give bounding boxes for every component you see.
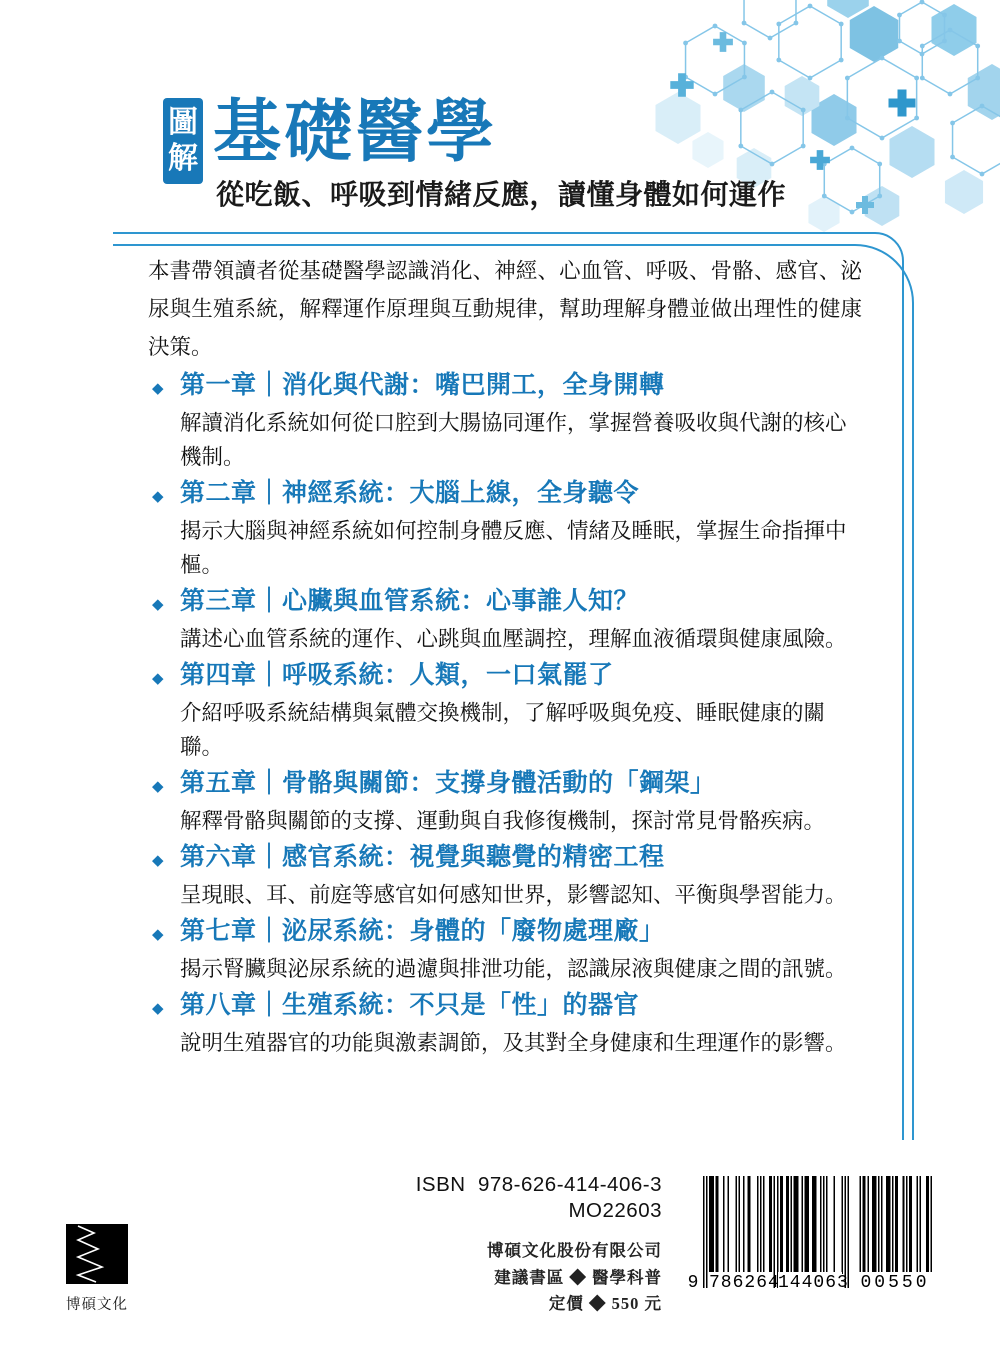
diamond-bullet-icon: ◆ [152, 925, 180, 943]
publisher-block: 博碩文化股份有限公司 建議書區 ◆ 醫學科普 定價 ◆ 550 元 [487, 1238, 662, 1318]
chapter-heading: ◆ 第八章｜生殖系統：不只是「性」的器官 [152, 990, 876, 1022]
isbn-block: ISBN 978-626-414-406-3 MO22603 [416, 1172, 662, 1224]
diamond-bullet-icon: ◆ [152, 777, 180, 795]
chapter-description: 說明生殖器官的功能與激素調節，及其對全身健康和生理運作的影響。 [180, 1026, 854, 1060]
logo-mark [66, 1224, 128, 1284]
chapter-item: ◆ 第一章｜消化與代謝：嘴巴開工，全身開轉 解讀消化系統如何從口腔到大腸協同運作… [152, 370, 876, 474]
isbn-label: ISBN [416, 1173, 466, 1196]
isbn-line: ISBN 978-626-414-406-3 [416, 1172, 662, 1198]
barcode-addon-digits: 00550 [858, 1272, 932, 1294]
diamond-bullet-icon: ◆ [152, 595, 180, 613]
barcode-left-digits: 786264 [709, 1272, 772, 1294]
chapter-title: 第四章｜呼吸系統：人類，一口氣罷了 [180, 660, 614, 692]
diamond-bullet-icon: ◆ [152, 379, 180, 397]
diamond-bullet-icon: ◆ [152, 851, 180, 869]
barcode-addon-bars [858, 1176, 932, 1274]
chapter-heading: ◆ 第六章｜感官系統：視覺與聽覺的精密工程 [152, 842, 876, 874]
ean13-barcode: 9 786264 144063 00550 [688, 1176, 940, 1306]
book-subtitle: 從吃飯、呼吸到情緒反應，讀懂身體如何運作 [216, 178, 786, 212]
publisher-logo: 博碩文化 [66, 1224, 128, 1314]
product-code: MO22603 [416, 1198, 662, 1224]
chapter-list: ◆ 第一章｜消化與代謝：嘴巴開工，全身開轉 解讀消化系統如何從口腔到大腸協同運作… [152, 370, 876, 1064]
intro-paragraph: 本書帶領讀者從基礎醫學認識消化、神經、心血管、呼吸、骨骼、感官、泌尿與生殖系統，… [148, 252, 862, 366]
chapter-heading: ◆ 第三章｜心臟與血管系統：心事誰人知？ [152, 586, 876, 618]
category-line: 建議書區 ◆ 醫學科普 [487, 1265, 662, 1292]
chapter-item: ◆ 第二章｜神經系統：大腦上線，全身聽令 揭示大腦與神經系統如何控制身體反應、情… [152, 478, 876, 582]
chapter-description: 呈現眼、耳、前庭等感官如何感知世界，影響認知、平衡與學習能力。 [180, 878, 854, 912]
chapter-title: 第二章｜神經系統：大腦上線，全身聽令 [180, 478, 639, 510]
book-title: 基礎醫學 [213, 86, 497, 178]
diamond-bullet-icon: ◆ [152, 669, 180, 687]
chapter-title: 第八章｜生殖系統：不只是「性」的器官 [180, 990, 639, 1022]
chapter-item: ◆ 第六章｜感官系統：視覺與聽覺的精密工程 呈現眼、耳、前庭等感官如何感知世界，… [152, 842, 876, 912]
publisher-name: 博碩文化股份有限公司 [487, 1238, 662, 1265]
chapter-title: 第三章｜心臟與血管系統：心事誰人知？ [180, 586, 639, 618]
diamond-bullet-icon: ◆ [152, 999, 180, 1017]
chapter-title: 第六章｜感官系統：視覺與聽覺的精密工程 [180, 842, 665, 874]
chapter-description: 揭示腎臟與泌尿系統的過濾與排泄功能，認識尿液與健康之間的訊號。 [180, 952, 854, 986]
barcode-right-digits: 144063 [778, 1272, 842, 1294]
chapter-description: 介紹呼吸系統結構與氣體交換機制，了解呼吸與免疫、睡眠健康的關聯。 [180, 696, 854, 764]
chapter-description: 揭示大腦與神經系統如何控制身體反應、情緒及睡眠，掌握生命指揮中樞。 [180, 514, 854, 582]
chapter-item: ◆ 第八章｜生殖系統：不只是「性」的器官 說明生殖器官的功能與激素調節，及其對全… [152, 990, 876, 1060]
publisher-logo-text: 博碩文化 [66, 1293, 128, 1314]
chapter-heading: ◆ 第七章｜泌尿系統：身體的「廢物處理廠」 [152, 916, 876, 948]
chapter-heading: ◆ 第五章｜骨骼與關節：支撐身體活動的「鋼架」 [152, 768, 876, 800]
price-line: 定價 ◆ 550 元 [487, 1291, 662, 1318]
chapter-description: 解讀消化系統如何從口腔到大腸協同運作，掌握營養吸收與代謝的核心機制。 [180, 406, 854, 474]
chapter-description: 解釋骨骼與關節的支撐、運動與自我修復機制，探討常見骨骼疾病。 [180, 804, 854, 838]
book-back-cover: 圖 解 基礎醫學 從吃飯、呼吸到情緒反應，讀懂身體如何運作 本書帶領讀者從基礎醫… [0, 0, 1000, 1356]
chapter-item: ◆ 第四章｜呼吸系統：人類，一口氣罷了 介紹呼吸系統結構與氣體交換機制，了解呼吸… [152, 660, 876, 764]
chapter-heading: ◆ 第二章｜神經系統：大腦上線，全身聽令 [152, 478, 876, 510]
chapter-title: 第七章｜泌尿系統：身體的「廢物處理廠」 [180, 916, 665, 948]
badge-char-1: 圖 [168, 105, 198, 141]
chapter-title: 第一章｜消化與代謝：嘴巴開工，全身開轉 [180, 370, 665, 402]
isbn-number: 978-626-414-406-3 [478, 1173, 662, 1196]
chapter-item: ◆ 第七章｜泌尿系統：身體的「廢物處理廠」 揭示腎臟與泌尿系統的過濾與排泄功能，… [152, 916, 876, 986]
badge-char-2: 解 [168, 141, 198, 177]
chapter-title: 第五章｜骨骼與關節：支撐身體活動的「鋼架」 [180, 768, 716, 800]
chapter-item: ◆ 第五章｜骨骼與關節：支撐身體活動的「鋼架」 解釋骨骼與關節的支撐、運動與自我… [152, 768, 876, 838]
illustrated-badge: 圖 解 [163, 98, 203, 184]
chapter-description: 講述心血管系統的運作、心跳與血壓調控，理解血液循環與健康風險。 [180, 622, 854, 656]
diamond-bullet-icon: ◆ [152, 487, 180, 505]
chapter-item: ◆ 第三章｜心臟與血管系統：心事誰人知？ 講述心血管系統的運作、心跳與血壓調控，… [152, 586, 876, 656]
chapter-heading: ◆ 第一章｜消化與代謝：嘴巴開工，全身開轉 [152, 370, 876, 402]
chapter-heading: ◆ 第四章｜呼吸系統：人類，一口氣罷了 [152, 660, 876, 692]
barcode-lead-digit: 9 [685, 1272, 701, 1294]
